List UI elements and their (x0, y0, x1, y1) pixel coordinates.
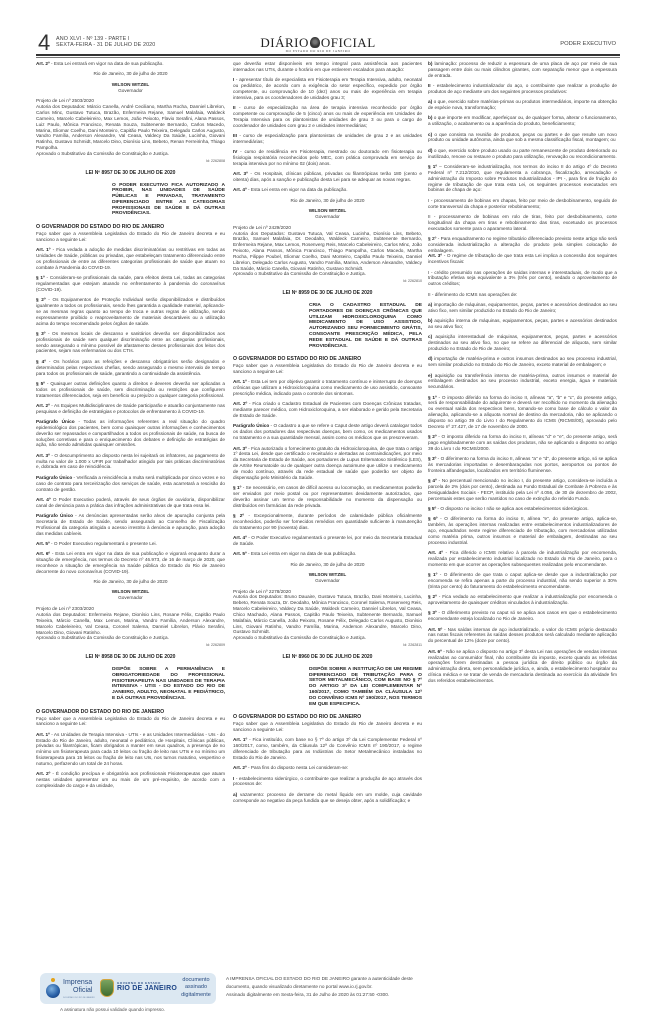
article-label: Art. 3º (428, 253, 442, 258)
article: Art. 3º - Fica autorizado o fornecimento… (233, 446, 422, 481)
signer-role: Governador (233, 578, 422, 584)
item: I - apresentar título de especialista em… (233, 77, 422, 100)
document-id: Id: 2262809 (36, 643, 225, 649)
masthead-word-left: DIÁRIO (260, 35, 309, 50)
article-text: - Fica criado o Cadastro Estadual de Pac… (233, 401, 422, 418)
article-text: - As Equipes Multidisciplinares de Saúde… (36, 403, 225, 414)
article: Art. 2º - Para fins do disposto nesta Le… (233, 765, 422, 771)
sub-item: c) aquisição interestadual de máquinas, … (428, 334, 617, 352)
item: II - curso de especialização na área de … (233, 105, 422, 128)
authorship: Autoria dos Deputados: Enfermeira Rejane… (36, 612, 225, 635)
law-title: LEI Nº 8958 DE 30 DE JULHO DE 2020 (36, 655, 225, 661)
paragraph-text: - Os horários para as refeições e descan… (36, 359, 225, 376)
item: II - diferimento do ICMS nas operações d… (428, 292, 617, 298)
item-text: - curso de residência em Fisioterapia, m… (233, 149, 422, 166)
article: Art. 4º - Fica diferido o ICMS relativo … (428, 550, 617, 568)
paragraph-label: § 4º (428, 478, 437, 483)
article: Art. 6º - Esta Lei entra em vigor na dat… (36, 551, 225, 574)
authenticity-statement: A IMPRENSA OFICIAL DO ESTADO DO RIO DE J… (226, 975, 413, 1000)
sub-item: b) laminação: processo de reduzir a espe… (428, 61, 617, 79)
paragraph-label: Parágrafo Único (36, 475, 72, 480)
sub-item: a) importação de máquinas, equipamentos,… (428, 302, 617, 314)
paragraph-text: - O diferimento na forma do inciso II, a… (428, 456, 617, 473)
paragraph: § 3º - O diferimento na forma do inciso … (428, 456, 617, 474)
paragraph-text: - Os mesmos locais de descanso e sanitár… (36, 331, 225, 354)
article-text: - Nas saídas internas de aço industriali… (428, 627, 617, 644)
enactment-formula: Faço saber que a Assembleia Legislativa … (36, 716, 225, 728)
paragraph: § 2º - Excepcionalmente, durante período… (233, 513, 422, 531)
sole-paragraph: Parágrafo Único - As denúncias apresenta… (36, 513, 225, 536)
sub-item-text: vazamento: processo de derrame do metal … (233, 792, 422, 803)
paragraph-text: - O imposto diferido na forma do inciso … (428, 434, 617, 451)
document-id: Id: 2262811 (233, 643, 422, 649)
article-text: O Poder Executivo poderá, através de seu… (36, 497, 225, 508)
article-label: Art. 4º (233, 187, 247, 192)
authorship: Autoria dos Deputados: Gustavo Tutuca, V… (233, 231, 422, 272)
law-summary: DISPÕE SOBRE A INSTITUIÇÃO DE UM REGIME … (309, 667, 422, 708)
article: Art. 3º - Os Hospitais, clínicas pública… (233, 171, 422, 183)
paragraph-label: § 1º (428, 395, 437, 400)
article: Art. 5º - Esta Lei entra em vigor na dat… (233, 551, 422, 557)
sub-item: a) o que, exercido sobre matérias-primas… (428, 99, 617, 111)
article-text: - Esta Lei entrará em vigor na data de s… (50, 61, 164, 66)
article-text: - O Poder Executivo regulamentará o pres… (50, 541, 157, 546)
article: Art. 1º - Fica vedada a adoção de medida… (36, 247, 225, 270)
sub-item-text: aquisição interestadual de máquinas, equ… (428, 334, 617, 351)
article: Art. 5º - Nas saídas internas de aço ind… (428, 627, 617, 645)
sub-item-text: o que importe em modificar, aperfeiçoar … (428, 115, 617, 126)
paragraph-label: § 3º (428, 610, 437, 615)
article: Art. 3º - O descumprimento ao disposto n… (36, 453, 225, 471)
page-number: 4 (38, 32, 50, 54)
paragraph-text: - O disposto no inciso I não se aplica a… (436, 506, 588, 511)
article-label: Art. 5º (233, 551, 247, 556)
article-label: Art. 1º (36, 247, 50, 252)
digitally-signed-label: documento assinado digitalmente (178, 977, 214, 999)
article-label: Art. 2º (233, 765, 247, 770)
item-text: - curso de especialização na área de ter… (233, 105, 422, 128)
article-label: Art. 2º (233, 401, 247, 406)
paragraph-text: - Excepcionalmente, durante períodos de … (233, 513, 422, 530)
law-summary: CRIA O CADASTRO ESTADUAL DE PORTADORES D… (309, 303, 422, 349)
sole-paragraph: Parágrafo Único - O cadastro a que se re… (233, 423, 422, 441)
paragraph: § 5º - O disposto no inciso I não se apl… (428, 506, 617, 512)
article-text: - Fica vedada a adoção de medidas discri… (36, 247, 225, 270)
approval-note: Aprovado o Substitutivo da Comissão de C… (233, 271, 422, 277)
wordmark-line: Oficial (63, 987, 92, 995)
article: Art. 6º - Não se aplica o disposto no ar… (428, 649, 617, 684)
header-divider-thin (36, 57, 620, 58)
approval-note: Aprovado o Substitutivo da Comissão de C… (233, 635, 422, 641)
article-label: Art. 1º (36, 732, 50, 737)
paragraph-label: § 1º (36, 275, 45, 280)
issue-info: ANO XLVI - Nº 139 - PARTE I SEXTA-FEIRA … (56, 36, 155, 49)
place-date: Rio de Janeiro, 30 de julho de 2020 (233, 198, 422, 204)
newspaper-page: 4 ANO XLVI - Nº 139 - PARTE I SEXTA-FEIR… (36, 0, 620, 1024)
article: Art. 1º - Esta Lei tem por objetivo gara… (233, 379, 422, 397)
enactment-formula: Faço saber que a Assembleia Legislativa … (36, 231, 225, 243)
article: Art. 2º - É condição precípua e obrigató… (36, 771, 225, 789)
paragraph-text: - Consideram-se profissionais da saúde, … (36, 275, 225, 292)
approval-note: Aprovado o Substitutivo da Comissão de C… (36, 151, 225, 157)
paragraph: § 1º – Consideram-se industrialização, n… (428, 164, 617, 193)
paragraph-text: - Para enquadramento no regime tributári… (428, 236, 617, 253)
signer-role: Governador (233, 214, 422, 220)
state-name: RIO DE JANEIRO (117, 985, 177, 992)
article-text: - O descumprimento ao disposto nesta lei… (36, 453, 225, 470)
header-divider (36, 54, 620, 56)
paragraph-text: - O imposto diferido na forma do inciso … (428, 395, 617, 429)
item: I - estabelecimento siderúrgico, o contr… (233, 776, 422, 788)
authorship: Autoria dos Deputados: Bruno Dauaire, Gu… (233, 594, 422, 635)
sub-item: b) aquisição interna de máquinas, equipa… (428, 318, 617, 330)
document-id: Id: 2262810 (233, 279, 422, 285)
paragraph-text: - No percentual mencionado no inciso I, … (428, 478, 617, 501)
sub-item: d) o que, exercido sobre produto usado o… (428, 148, 617, 160)
article-text: - O regime de tributação de que trata es… (428, 253, 617, 264)
paragraph: § 2º - Fica vedado ao estabelecimento qu… (428, 594, 617, 606)
article: Art. 3º - O regime de tributação de que … (428, 253, 617, 265)
paragraph-text: - Quaisquer outras definições quanto a d… (36, 381, 225, 398)
sub-item-text: laminação: processo de reduzir a espessu… (428, 61, 617, 78)
sub-item-text: importação de máquinas, equipamentos, pe… (428, 302, 617, 313)
article-label: Art. 6º (428, 649, 442, 654)
sub-item: b) o que importe em modificar, aperfeiço… (428, 115, 617, 127)
masthead-subtitle: DO ESTADO DO RIO DE JANEIRO (262, 49, 374, 53)
state-crest-icon (310, 37, 320, 48)
authorship: Autoria dos Deputados: Márcio Canella, A… (36, 104, 225, 151)
article-text: - Fica autorizado o fornecimento gratuit… (233, 446, 422, 480)
sub-item-text: o que, exercido sobre matérias-primas ou… (428, 99, 617, 110)
paragraph: § 5º - Quaisquer outras definições quant… (36, 381, 225, 399)
law-summary: DISPÕE SOBRE A PERMANÊNCIA E OBRIGATORIE… (112, 667, 225, 702)
sub-item-text: o que, exercido sobre produto usado ou p… (428, 148, 617, 159)
article-text: - É condição precípua e obrigatória aos … (36, 771, 225, 788)
article-text: - Esta Lei tem por objetivo garantir o t… (233, 379, 422, 396)
signer-role: Governador (36, 88, 225, 94)
paragraph-label: § 4º (36, 359, 46, 364)
page-header: 4 ANO XLVI - Nº 139 - PARTE I SEXTA-FEIR… (36, 36, 620, 56)
item-text: - estabelecimento siderúrgico, o contrib… (233, 776, 422, 787)
paragraph-text: - O diferimento previsto no caput só se … (428, 610, 617, 621)
column-1: Art. 2º - Esta Lei entrará em vigor na d… (36, 61, 225, 793)
article: Art. 2º - As Equipes Multidisciplinares … (36, 403, 225, 415)
paragraph: § 1º - O diferimento de que trata o capu… (428, 572, 617, 590)
article-label: Art. 6º (36, 551, 50, 556)
law-title: LEI Nº 8957 DE 30 DE JULHO DE 2020 (36, 171, 225, 177)
item-text: - estabelecimento industrializador do aç… (428, 83, 617, 94)
article-text: - Fica diferido o ICMS relativo à parcel… (428, 550, 617, 567)
item: II - processamento de bobinas em rolo de… (428, 214, 617, 232)
sub-item-text: importação de matéria-prima e outros ins… (428, 356, 617, 367)
document-id: Id: 2262808 (36, 159, 225, 165)
article-label: Art. 2º (36, 61, 50, 66)
paragraph-label: Parágrafo Único (233, 423, 269, 428)
article-text: - Os Hospitais, clínicas públicas, priva… (233, 171, 422, 182)
paragraph: § 2º - Para enquadramento no regime trib… (428, 236, 617, 254)
place-date: Rio de Janeiro, 30 de julho de 2020 (233, 562, 422, 568)
article-label: Art. 2º (36, 403, 50, 408)
sub-item-text: aquisição ou transferência interna de ma… (428, 373, 617, 390)
paragraph-text: - O diferimento na forma do inciso II, a… (428, 516, 617, 544)
signed-line: assinado (178, 984, 214, 991)
article-text: - Esta Lei entra em vigor na data de sua… (247, 551, 357, 556)
signed-line: documento (178, 977, 214, 984)
article-text: - Fica instituído, com base no § 7º do a… (233, 737, 422, 760)
law-title: LEI Nº 8960 DE 30 DE JULHO DE 2020 (233, 655, 422, 661)
sub-item: c) o que consista na reunião de produtos… (428, 132, 617, 144)
article-text: - O Poder Executivo regulamentará o pres… (233, 535, 422, 546)
column-2: que deverão estar disponíveis em tempo i… (233, 61, 422, 808)
paragraph: § 2º - Os Equipamentos de Proteção Indiv… (36, 297, 225, 326)
paragraph-label: § 5º (36, 381, 45, 386)
item: II - estabelecimento industrializador do… (428, 83, 617, 95)
authenticity-line: documento, quando visualizado diretament… (226, 983, 413, 991)
paragraph-label: § 2º (428, 434, 437, 439)
rio-state-crest-icon (100, 979, 114, 997)
paragraph-text: - Os Equipamentos de Proteção Individual… (36, 297, 225, 325)
paragraph: § 2º - O imposto diferido na forma do in… (428, 434, 617, 452)
article-text: - Não se aplica o disposto no artigo 3º … (428, 649, 617, 683)
article: Art. 2º - Esta Lei entrará em vigor na d… (36, 61, 225, 67)
paragraph-label: § 2º (36, 297, 46, 302)
paragraph-text: – Consideram-se industrialização, nos te… (428, 164, 617, 192)
sub-item: d) importação de matéria-prima e outros … (428, 356, 617, 368)
place-date: Rio de Janeiro, 30 de julho de 2020 (36, 579, 225, 585)
imprensa-oficial-tagline: DO ESTADO DO RIO DE JANEIRO (63, 997, 95, 999)
article: Art. 5º - O Poder Executivo regulamentar… (36, 541, 225, 547)
enactment-formula: Faço saber que a Assembleia Legislativa … (233, 721, 422, 733)
paragraph-text: - Fica vedado ao estabelecimento que rea… (428, 594, 617, 605)
print-validity-note: A assinatura não possui validade quando … (60, 1007, 165, 1012)
article-label: Art. 3º (36, 453, 50, 458)
sub-item-text: aquisição interna de máquinas, equipamen… (428, 318, 617, 329)
article: Art. 4º - O Poder Executivo regulamentar… (233, 535, 422, 547)
item: IV - curso de residência em Fisioterapia… (233, 149, 422, 167)
paragraph-label: § 6º (428, 516, 438, 521)
law-summary: O PODER EXECUTIVO FICA AUTORIZADO A PROI… (112, 183, 225, 218)
article-text: - As Unidades de Terapia Intensiva - UTI… (36, 732, 225, 766)
wordmark-line: Imprensa (63, 979, 92, 987)
paragraph: § 6º - O diferimento na forma do inciso … (428, 516, 617, 545)
paragraph-label: § 1º (428, 164, 437, 169)
article-label: Art. 1º (233, 737, 247, 742)
article-continuation: que deverão estar disponíveis em tempo i… (233, 61, 422, 73)
paragraph-label: Parágrafo Único (36, 419, 75, 424)
article: Art. 1º - As Unidades de Terapia Intensi… (36, 732, 225, 767)
sub-item: a) vazamento: processo de derrame do met… (233, 792, 422, 804)
article-label: Art. 4º (428, 550, 443, 555)
imprensa-oficial-logo-icon (46, 978, 60, 998)
paragraph-label: § 2º (428, 594, 437, 599)
article: Art. 4º - Esta Lei entra em vigor na dat… (233, 187, 422, 193)
logo-dot (51, 978, 55, 982)
paragraph: § 4º - No percentual mencionado no incis… (428, 478, 617, 501)
article: Art. 1º - Fica instituído, com base no §… (233, 737, 422, 760)
paragraph-label: Parágrafo Único (36, 513, 73, 518)
article-text: - Esta Lei entra em vigor na data da pub… (247, 187, 348, 192)
paragraph: § 3º - O diferimento previsto no caput s… (428, 610, 617, 622)
article: Art. 2º - Fica criado o Cadastro Estadua… (233, 401, 422, 419)
masthead-word-right: OFICIAL (321, 35, 376, 50)
paragraph: § 1º - O imposto diferido na forma do in… (428, 395, 617, 430)
item: III - curso de especialização para plant… (233, 133, 422, 145)
column-3: b) laminação: processo de reduzir a espe… (428, 61, 617, 688)
item: I - crédito presumido nas operações de s… (428, 270, 617, 288)
paragraph-label: § 2º (233, 513, 244, 518)
sub-item: e) aquisição ou transferência interna de… (428, 373, 617, 391)
approval-note: Aprovado o Substitutivo da Comissão de C… (36, 635, 225, 641)
paragraph-text: - Se necessário, em casos de difícil ace… (233, 485, 422, 508)
signed-line: digitalmente (178, 992, 214, 999)
item: I - processamento de bobinas em chapas, … (428, 198, 617, 210)
sole-paragraph: Parágrafo Único - Todas as informações r… (36, 419, 225, 448)
section-label: PODER EXECUTIVO (560, 41, 616, 47)
sub-item-text: o que consista na reunião de produtos, p… (428, 132, 617, 143)
issue-date: SEXTA-FEIRA - 31 DE JULHO DE 2020 (56, 42, 155, 48)
enactment-formula: Faço saber que a Assembleia Legislativa … (233, 363, 422, 375)
authenticity-line: Assinado digitalmente em Sexta-feira, 31… (226, 991, 413, 999)
article-label: Art. 3º (233, 446, 247, 451)
article-label: Art. 1º (233, 379, 247, 384)
paragraph-label: § 1º (428, 572, 437, 577)
article-label: Art. 5º (36, 541, 50, 546)
digital-signature-banner: Imprensa Oficial DO ESTADO DO RIO DE JAN… (40, 973, 216, 1004)
paragraph-text: - O diferimento de que trata o caput apl… (428, 572, 617, 589)
article-label: Art. 4º (36, 497, 51, 502)
item-text: - curso de especialização para plantonis… (233, 133, 422, 144)
sole-paragraph: Parágrafo Único - Verificada a reincidên… (36, 475, 225, 493)
article-text: - Esta Lei entra em vigor na data de sua… (36, 551, 225, 574)
signer-role: Governador (36, 595, 225, 601)
article: Art. 4º O Poder Executivo poderá, atravé… (36, 497, 225, 509)
paragraph: § 4º - Os horários para as refeições e d… (36, 359, 225, 377)
authenticity-line: A IMPRENSA OFICIAL DO ESTADO DO RIO DE J… (226, 975, 413, 983)
law-title: LEI Nº 8959 DE 30 DE JULHO DE 2020 (233, 291, 422, 297)
paragraph: § 3º - Os mesmos locais de descanso e sa… (36, 331, 225, 354)
imprensa-oficial-wordmark: Imprensa Oficial (63, 979, 92, 995)
paragraph: § 1º - Se necessário, em casos de difíci… (233, 485, 422, 508)
paragraph: § 1º - Consideram-se profissionais da sa… (36, 275, 225, 293)
article-label: Art. 3º (233, 171, 248, 176)
article-text: - Para fins do disposto nesta Lei consid… (247, 765, 349, 770)
paragraph-label: § 5º (428, 506, 436, 511)
article-label: Art. 2º (36, 771, 50, 776)
item-text: - apresentar título de especialista em F… (233, 77, 422, 100)
place-date: Rio de Janeiro, 30 de julho de 2020 (36, 71, 225, 77)
logo-globe (46, 984, 60, 998)
article-label: Art. 5º (428, 627, 442, 632)
article-label: Art. 4º (233, 535, 247, 540)
